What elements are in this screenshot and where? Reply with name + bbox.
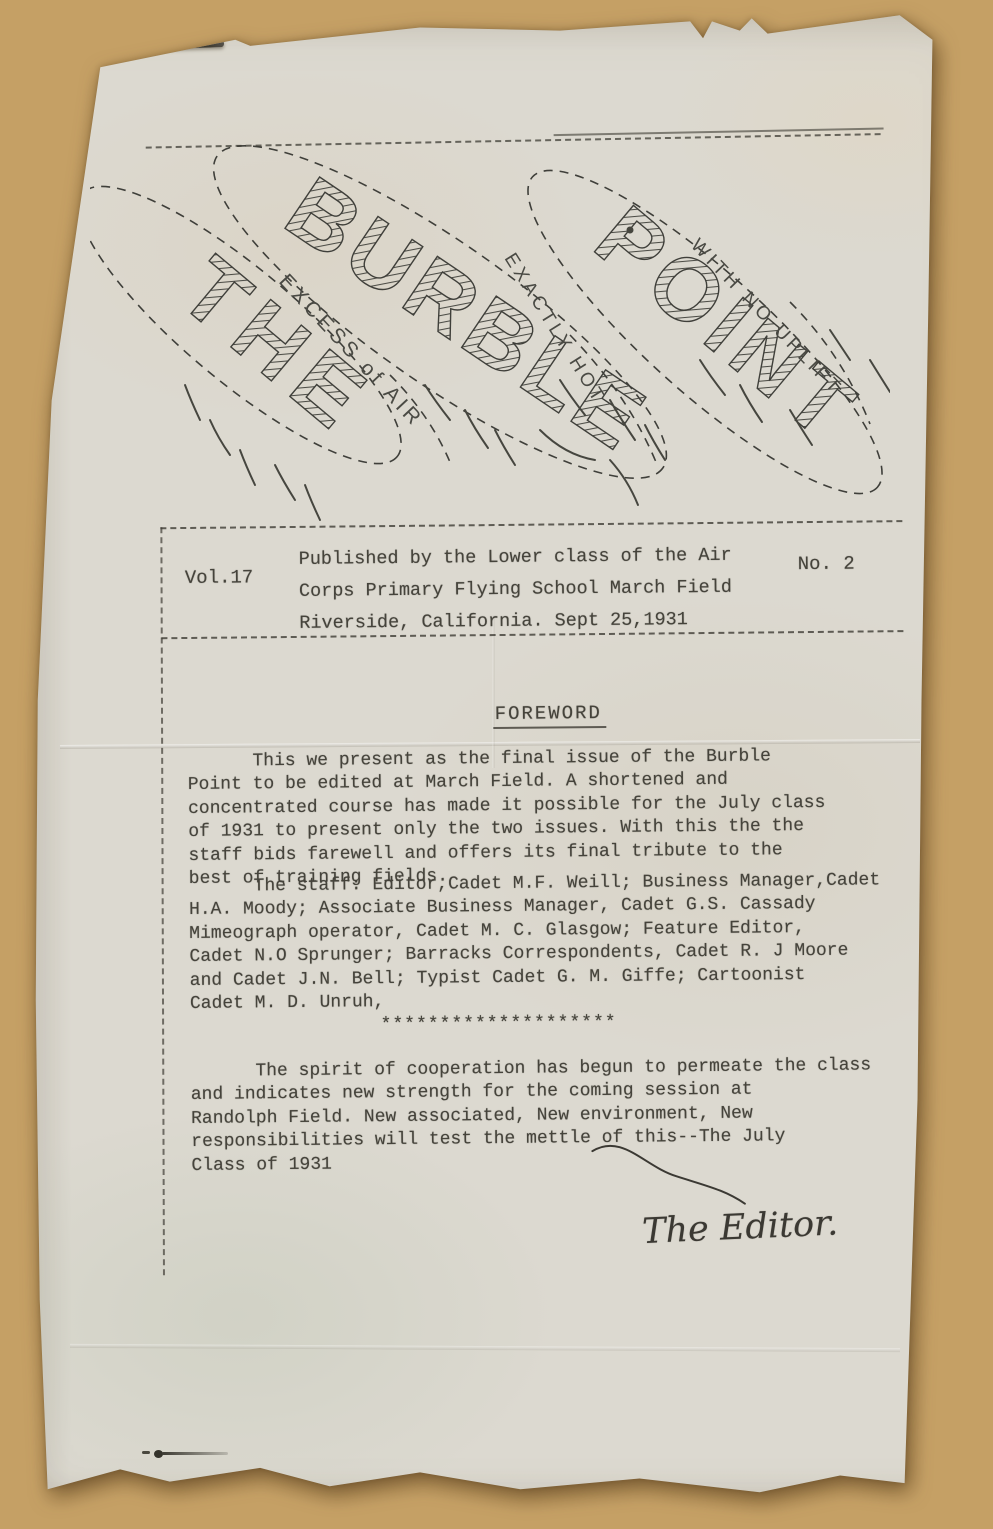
masthead-box: Vol.17 No. 2 Published by the Lower clas… xyxy=(160,520,903,639)
volume-label: Vol.17 xyxy=(185,566,254,589)
asterisk-divider: ******************** xyxy=(2,1009,993,1039)
left-margin-line xyxy=(160,527,165,1275)
foreword-heading-text: FOREWORD xyxy=(493,702,606,729)
ink-smudge xyxy=(142,1448,232,1458)
editor-signature: The Editor. xyxy=(641,1203,839,1252)
publisher-lines: Published by the Lower class of the Air … xyxy=(299,540,733,640)
top-ruled-line xyxy=(146,133,881,148)
issue-number-label: No. 2 xyxy=(798,553,855,576)
photo-of-newsletter: { "photo": { "wood_color": "#c5a065", "p… xyxy=(0,0,993,1529)
staff-paragraph: The staff: Editor,Cadet M.F. Weill; Busi… xyxy=(189,869,914,1016)
newsletter-page: THE BURBLE POINT EXCESS of AIR EXACTLY H… xyxy=(0,0,993,1529)
paper-sheet-wrap: THE BURBLE POINT EXCESS of AIR EXACTLY H… xyxy=(0,0,993,1529)
typed-content-layer: Vol.17 No. 2 Published by the Lower clas… xyxy=(0,0,993,1529)
foreword-heading: FOREWORD xyxy=(0,676,992,752)
